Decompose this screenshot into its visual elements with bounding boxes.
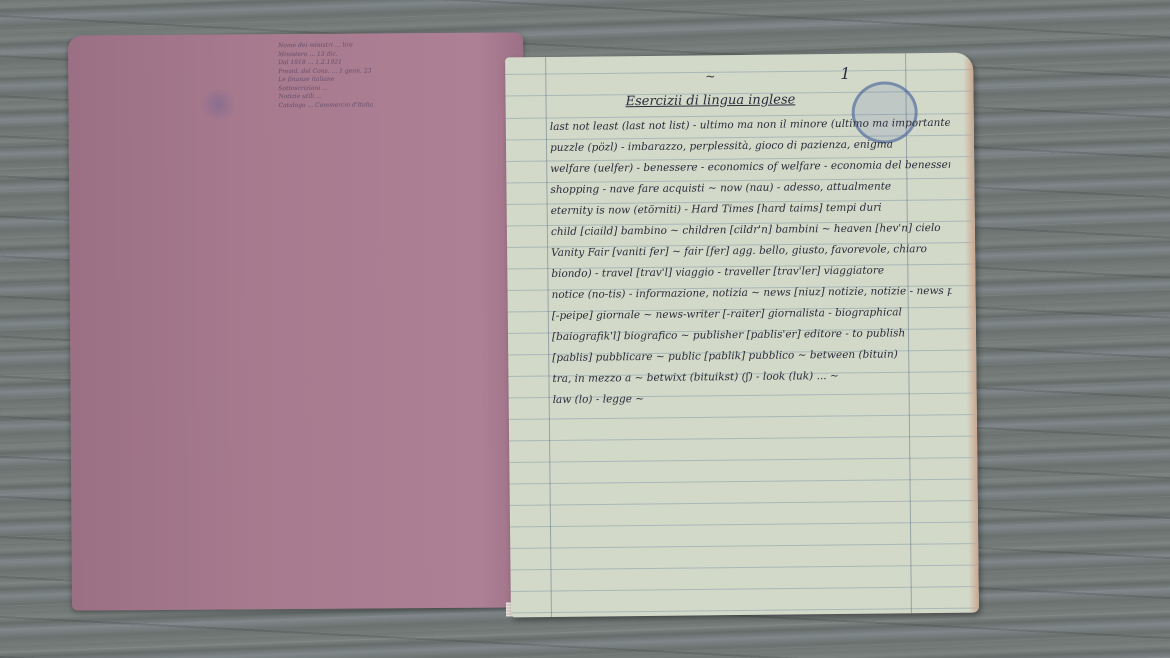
vocab-line: shopping - nave fare acquisti ~ now (nau… <box>550 176 950 201</box>
page-title: Esercizii di lingua inglese <box>625 92 795 109</box>
header-mark: ~ <box>705 69 715 83</box>
vocab-line: Vanity Fair [vaniti fer] ~ fair [fer] ag… <box>551 239 951 264</box>
vocab-line: law (lo) - legge ~ <box>553 386 953 411</box>
handwritten-vocabulary: last not least (last not list) - ultimo … <box>550 113 953 411</box>
cover-note-line: Presid. del Cons. ... 1 genn. 23 <box>278 67 373 76</box>
cover-handwritten-notes: Nome dei ministri ... lire Ministero ...… <box>278 41 373 110</box>
notebook-page: ~ 1 Esercizii di lingua inglese last not… <box>505 53 979 618</box>
cover-note-line: Catalogo ... Commercio d'Italia <box>278 101 373 110</box>
notebook-inside-cover: Nome dei ministri ... lire Ministero ...… <box>68 32 527 610</box>
faded-stamp-mark <box>198 89 238 119</box>
page-number: 1 <box>840 64 850 83</box>
vocab-line: [pablis] pubblicare ~ public [pablik] pu… <box>552 344 952 369</box>
